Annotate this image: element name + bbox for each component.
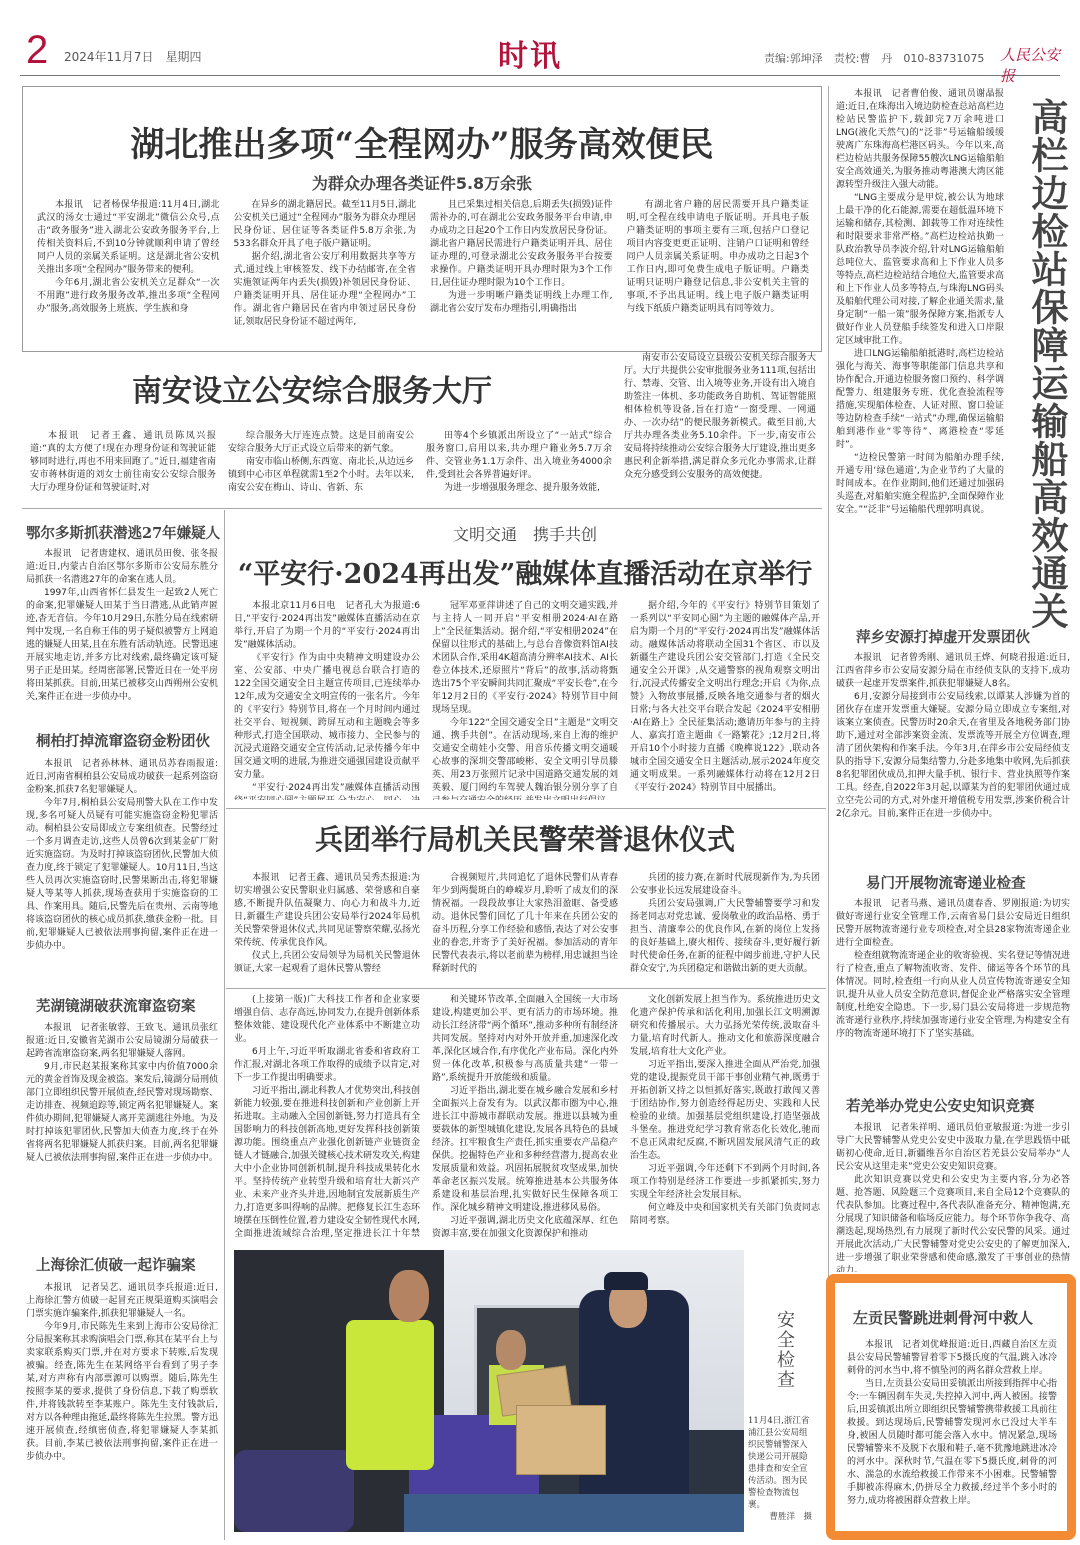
photo-caption: 11月4日,浙江省浦江县公安局组织民警辅警深入快递公司开展隐患排查和安全宣传活动… xyxy=(748,1415,812,1523)
brief-headline[interactable]: 桐柏打掉流窜盗窃金粉团伙 xyxy=(36,730,210,751)
highlight-body: 本报讯 记者刘优峰报道:近日,西藏自治区左贡县公安局民警辅警冒着零下5摄氏度的气… xyxy=(847,1339,1057,1529)
brief-headline[interactable]: 上海徐汇侦破一起诈骗案 xyxy=(36,1254,196,1275)
lead-col-2: 在异乡的湖北籍居民。截至11月5日,湖北公安机关已通过“全程网办”服务为群众办理… xyxy=(234,199,417,347)
divider xyxy=(22,508,822,509)
divider xyxy=(224,510,225,1540)
highlighted-article[interactable]: 左贡民警跳进刺骨河中救人 本报讯 记者刘优峰报道:近日,西藏自治区左贡县公安局民… xyxy=(826,1274,1076,1540)
continued-col-1: (上接第一版)广大科技工作者和企业家要增强自信、志存高远,协同发力,在提升创新体… xyxy=(234,994,420,1240)
issue-date: 2024年11月7日 星期四 xyxy=(64,48,201,65)
lead-headline[interactable]: 湖北推出多项“全程网办”服务高效便民 xyxy=(23,117,821,166)
brief-body: 本报讯 记者张敏蓉、王致飞、通讯员张红报道:近日,安徽省芜湖市公安局镜湖分局破获… xyxy=(26,1022,218,1244)
gaolan-body: 本报讯 记者曹伯俊、通讯员谢晶报道:近日,在珠海出入境边防检查总站高栏边检站民警… xyxy=(836,88,1004,588)
brief-body: 本报讯 记者朱祥明、通讯员伯亚敏报道:为进一步引导广大民警辅警从党史公安史中汲取… xyxy=(836,1122,1070,1272)
pingan-kicker: 文明交通 携手共创 xyxy=(230,522,820,545)
editor-credits: 责编:郭坤泽 责校:曹 丹 010-83731075 xyxy=(764,50,984,66)
continued-col-3: 文化创新发展上担当作为。系统推进历史文化遗产保护传承和活化利用,加强长江文明溯源… xyxy=(630,994,820,1240)
highlight-headline[interactable]: 左贡民警跳进刺骨河中救人 xyxy=(853,1307,1033,1328)
news-photo[interactable] xyxy=(234,1250,744,1532)
lead-article: 湖北推出多项“全程网办”服务高效便民 为群众办理各类证件5.8万余张 本报讯 记… xyxy=(22,86,822,352)
nanan-col-2: 综合服务大厅连连点赞。这是目前南安公安综合服务大厅正式设立后带来的新气象。南安市… xyxy=(228,430,414,494)
pingan-col-1: 本报北京11月6日电 记者孔大为报道:6日,“平安行·2024再出发”融媒体直播… xyxy=(234,600,420,800)
lead-col-1: 本报讯 记者杨保华报道:11月4日,湖北武汉的汤女士通过“平安湖北”微信公众号,… xyxy=(37,199,220,347)
photo-credit: 曹胜洋 摄 xyxy=(748,1511,812,1523)
brief-headline[interactable]: 萍乡安源打掉虚开发票团伙 xyxy=(856,626,1030,647)
lead-subheadline: 为群众办理各类证件5.8万余张 xyxy=(23,171,821,194)
brief-body: 本报讯 记者马燕、通讯员虞春香、罗刚报道:为切实做好寄递行业安全管理工作,云南省… xyxy=(836,898,1070,1082)
nanan-col-3: 田等4个乡镇派出所设立了“一站式”综合服务窗口,启用以来,共办理户籍业务5.7万… xyxy=(426,430,612,494)
newspaper-logo: 人民公安报 xyxy=(1000,44,1060,86)
lead-columns: 本报讯 记者杨保华报道:11月4日,湖北武汉的汤女士通过“平安湖北”微信公众号,… xyxy=(37,199,809,347)
brief-headline[interactable]: 鄂尔多斯抓获潜逃27年嫌疑人 xyxy=(26,522,220,543)
brief-body: 本报讯 记者唐建权、通讯员田俊、张冬报道:近日,内蒙古自治区鄂尔多斯市公安局东胜… xyxy=(26,548,218,708)
brief-headline[interactable]: 若羌举办党史公安史知识竞赛 xyxy=(846,1095,1035,1116)
brief-body: 本报讯 记者吴艺、通讯员李兵报道:近日,上海徐汇警方侦破一起冒充正规渠道购买演唱… xyxy=(26,1282,218,1538)
brief-headline[interactable]: 芜湖镜湖破获流窜盗窃案 xyxy=(36,995,196,1016)
lead-col-3: 且已采集过相关信息,后期丢失(损毁)证件需补办的,可在湖北公安政务服务平台申请,… xyxy=(430,199,613,347)
nanan-col-1: 本报讯 记者王鑫、通讯员陈凤兴报道:“真的太方便了!现在办理身份证和驾驶证能够同… xyxy=(30,430,216,494)
pingan-col-3: 据介绍,今年的《平安行》特别节目策划了一系列以“平安同心圆”为主题的融媒体产品,… xyxy=(630,600,820,800)
lead-col-4: 有湖北省户籍的居民需要开具户籍类证明,可全程在线申请电子版证明。开具电子版户籍类… xyxy=(627,199,810,347)
continued-col-2: 和关键环节改革,全面融入全国统一大市场建设,构建更加公平、更有活力的市场环境。推… xyxy=(432,994,618,1240)
section-title: 时讯 xyxy=(498,31,562,75)
gaolan-headline[interactable]: 高栏边检站保障运输船高效通关 xyxy=(1018,98,1068,630)
pingan-headline[interactable]: “平安行·2024再出发”融媒体直播活动在京举行 xyxy=(230,552,820,591)
brief-body: 本报讯 记者曾秀刚、通讯员王烨、何晓君报道:近日,江西省萍乡市公安局安源分局在市… xyxy=(836,652,1070,852)
brief-headline[interactable]: 易门开展物流寄递业检查 xyxy=(866,872,1026,893)
bingtuan-col-3: 兵团的接力赛,在新时代展现新作为,为兵团公安事业长远发展建设奋斗。兵团公安局强调… xyxy=(630,872,820,982)
nanan-col-4: 南安市公安局设立县级公安机关综合服务大厅。大厅共提供公安审批服务业务111项,包… xyxy=(624,352,816,494)
divider xyxy=(226,988,826,989)
page-number: 2 xyxy=(26,30,48,70)
masthead: 2 2024年11月7日 星期四 时讯 责编:郭坤泽 责校:曹 丹 010-83… xyxy=(20,0,1060,76)
divider xyxy=(226,808,826,809)
bingtuan-col-1: 本报讯 记者王鑫、通讯员吴秀杰报道:为切实增强公安民警职业归属感、荣誉感和自豪感… xyxy=(234,872,420,982)
pingan-col-2: 冠军邓亚萍讲述了自己的文明交通实践,并与主持人一同开启“平安相册2024·AI在… xyxy=(432,600,618,800)
bingtuan-headline[interactable]: 兵团举行局机关民警荣誉退休仪式 xyxy=(230,818,820,858)
bingtuan-col-2: 合视频短片,共同追忆了退休民警们从青春年少到两鬓斑白的峥嵘岁月,聆听了成友们的深… xyxy=(432,872,618,982)
photo-caption-title: 安全检查 xyxy=(774,1310,794,1390)
nanan-headline[interactable]: 南安设立公安综合服务大厅 xyxy=(22,366,602,410)
brief-body: 本报讯 记者孙林林、通讯员苏春雨报道:近日,河南省桐柏县公安局成功破获一起系列盗… xyxy=(26,758,218,988)
